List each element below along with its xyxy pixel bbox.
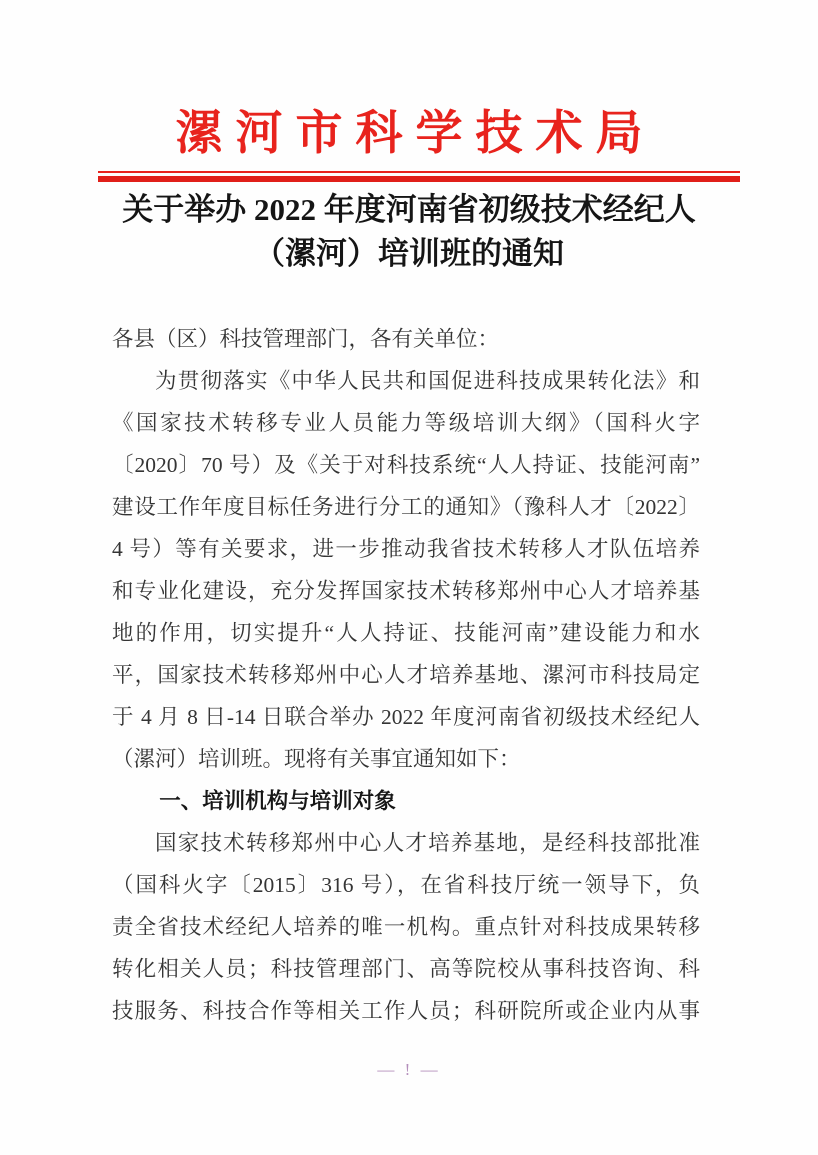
body-line: 于 4 月 8 日-14 日联合举办 2022 年度河南省初级技术经纪人 [112, 696, 700, 738]
document-page: 漯河市科学技术局 关于举办 2022 年度河南省初级技术经纪人 （漯河）培训班的… [0, 0, 818, 1155]
body-line: 和专业化建设，充分发挥国家技术转移郑州中心人才培养基 [112, 570, 700, 612]
document-title-line-1: 关于举办 2022 年度河南省初级技术经纪人 [0, 188, 818, 232]
body-line: 4 号）等有关要求，进一步推动我省技术转移人才队伍培养 [112, 528, 700, 570]
salutation-line: 各县（区）科技管理部门，各有关单位： [112, 318, 700, 360]
divider-thick-line [98, 176, 740, 182]
letterhead-org-name: 漯河市科学技术局 [0, 106, 818, 162]
document-title-line-2: （漯河）培训班的通知 [0, 232, 818, 276]
body-line: 转化相关人员；科技管理部门、高等院校从事科技咨询、科 [112, 948, 700, 990]
body-line: （漯河）培训班。现将有关事宜通知如下： [112, 738, 700, 780]
body-line: 为贯彻落实《中华人民共和国促进科技成果转化法》和 [112, 360, 700, 402]
body-line: 地的作用，切实提升“人人持证、技能河南”建设能力和水 [112, 612, 700, 654]
body-line: 平，国家技术转移郑州中心人才培养基地、漯河市科技局定 [112, 654, 700, 696]
page-number-marker: — ! — [0, 1060, 818, 1080]
body-line: 责全省技术经纪人培养的唯一机构。重点针对科技成果转移 [112, 906, 700, 948]
document-body: 各县（区）科技管理部门，各有关单位： 为贯彻落实《中华人民共和国促进科技成果转化… [112, 318, 700, 1032]
section-heading: 一、培训机构与培训对象 [112, 780, 700, 822]
body-line: 〔2020〕70 号）及《关于对科技系统“人人持证、技能河南” [112, 444, 700, 486]
body-line: 《国家技术转移专业人员能力等级培训大纲》（国科火字 [112, 402, 700, 444]
divider-thin-line [98, 171, 740, 173]
body-line: （国科火字〔2015〕316 号），在省科技厅统一领导下，负 [112, 864, 700, 906]
letterhead-divider [98, 171, 740, 182]
body-line: 技服务、科技合作等相关工作人员；科研院所或企业内从事 [112, 990, 700, 1032]
body-line: 国家技术转移郑州中心人才培养基地，是经科技部批准 [112, 822, 700, 864]
body-line: 建设工作年度目标任务进行分工的通知》（豫科人才〔2022〕 [112, 486, 700, 528]
document-title: 关于举办 2022 年度河南省初级技术经纪人 （漯河）培训班的通知 [0, 188, 818, 276]
